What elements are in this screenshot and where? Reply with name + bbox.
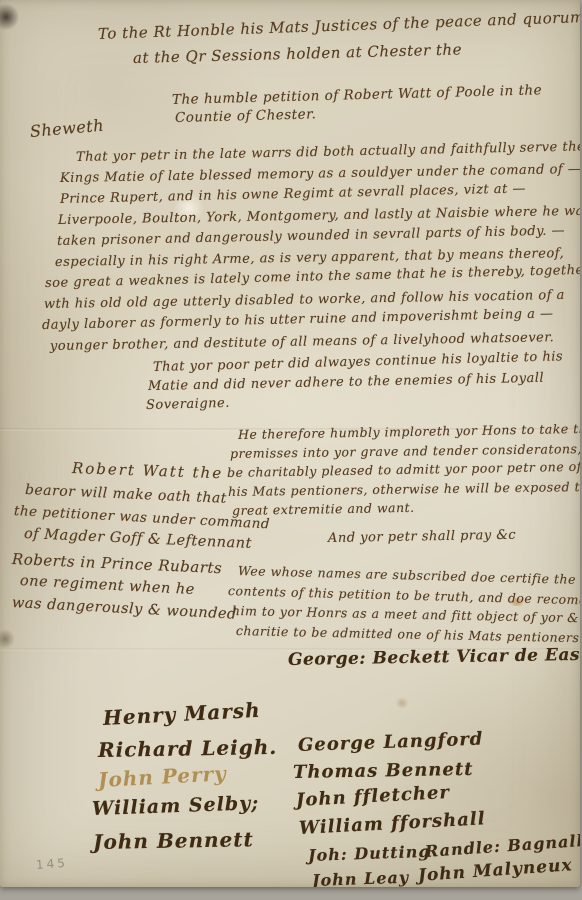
body-line: Prince Rupert, and in his owne Regimt at… [60,181,526,207]
margin-note-line: Robert Watt the [72,459,224,482]
stain [0,628,14,650]
signature: Richard Leigh. [98,735,278,762]
certification-line: charitie to be admitted one of his Mats … [236,623,580,645]
loyalty-line: Matie and did never adhere to the enemie… [148,371,544,394]
body-line: That yor petr in the late warrs did both… [76,139,580,165]
address-line-1: To the Rt Honble his Mats Justices of th… [98,7,580,43]
manuscript-page: To the Rt Honble his Mats Justices of th… [0,0,580,887]
body-line: taken prisoner and dangerously wounded i… [57,223,565,249]
body-line: younger brother, and destitute of all me… [50,330,554,354]
signature: George Langford [298,729,484,756]
signature: John ffletcher [295,782,450,811]
signature: William Selby; [92,792,260,820]
certification-line: Wee whose names are subscribed doe certi… [238,563,576,587]
prayer-line: And yor petr shall pray &c [328,528,516,546]
signature: John Bennett [93,827,254,854]
margin-note-line: bearor will make oath that [25,482,228,507]
signature: John Leay [312,868,410,887]
signature: Henry Marsh [102,698,261,730]
margin-note-line: one regiment when he [20,573,196,598]
plea-line: be charitably pleased to admitt yor poor… [227,459,580,480]
signature: Thomas Bennett [293,759,474,783]
loyalty-line: Soveraigne. [146,396,230,413]
signature: William fforshall [298,808,486,839]
signature: Joh: Dutting [308,842,431,865]
petition-title-line-1: The humble petition of Robert Watt of Po… [172,82,543,108]
margin-note-line: was dangerously & wounded [12,595,238,623]
stain [395,698,409,708]
plea-line: He therefore humbly imploreth yor Hons t… [238,421,580,442]
archive-number: 145 [36,856,69,872]
margin-note-line: of Magder Goff & Leftennant [24,526,253,552]
plea-line: his Mats pentioners, otherwise he will b… [228,479,580,499]
sheweth-label: Sheweth [29,116,105,141]
petition-title-line-2: Countie of Chester. [175,106,317,126]
plea-line: premisses into yor grave and tender cons… [230,441,580,461]
address-line-2: at the Qr Sessions holden at Chester the [133,40,462,67]
margin-note-line: Roberts in Prince Rubarts [12,550,223,577]
certification-line: him to yor Honrs as a meet and fitt obje… [232,603,579,625]
ink-blot [0,4,20,30]
vicar-signature: George: Beckett Vicar de Eastham [288,644,580,670]
signature: John Perry [97,761,227,792]
